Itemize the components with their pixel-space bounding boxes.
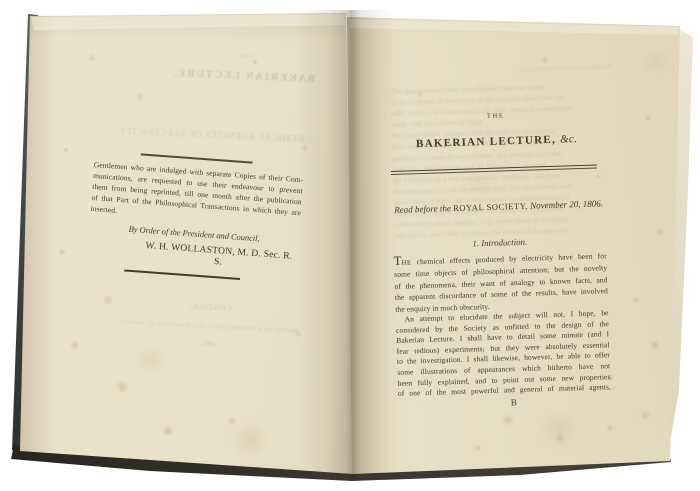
paragraph-1: THE chemical effects produced by electri… (394, 249, 609, 315)
page-title-main: BAKERIAN LECTURE, (416, 134, 556, 150)
book-photo: THE BAKERIAN LECTURE. CHEMICAL AGENCIES … (0, 0, 700, 491)
paragraph-2: An attempt to elucidate the subject will… (396, 308, 612, 399)
read-before-text: Read before the (394, 203, 451, 215)
page-title: BAKERIAN LECTURE, &c. (390, 132, 603, 151)
section-heading: 1. Introduction. (393, 234, 606, 251)
title-double-rule (391, 164, 597, 174)
smallcaps-he: HE (402, 259, 412, 266)
read-date: November 20, 1806. (530, 198, 603, 210)
half-title-the: THE (389, 109, 602, 123)
society-name: ROYAL SOCIETY, (453, 201, 528, 213)
page-title-etc: &c. (560, 133, 577, 146)
showthrough-imprint-printer: PRINTED BY W. BULMER AND CO. CLEVELAND-R… (113, 319, 305, 335)
reprint-notice-block: Gentlemen who are indulged with separate… (86, 150, 304, 284)
lecture-text-block: THE BAKERIAN LECTURE, &c. Read before th… (389, 101, 611, 410)
read-before-line: Read before the ROYAL SOCIETY, November … (392, 198, 605, 215)
drop-initial: T (394, 254, 402, 268)
